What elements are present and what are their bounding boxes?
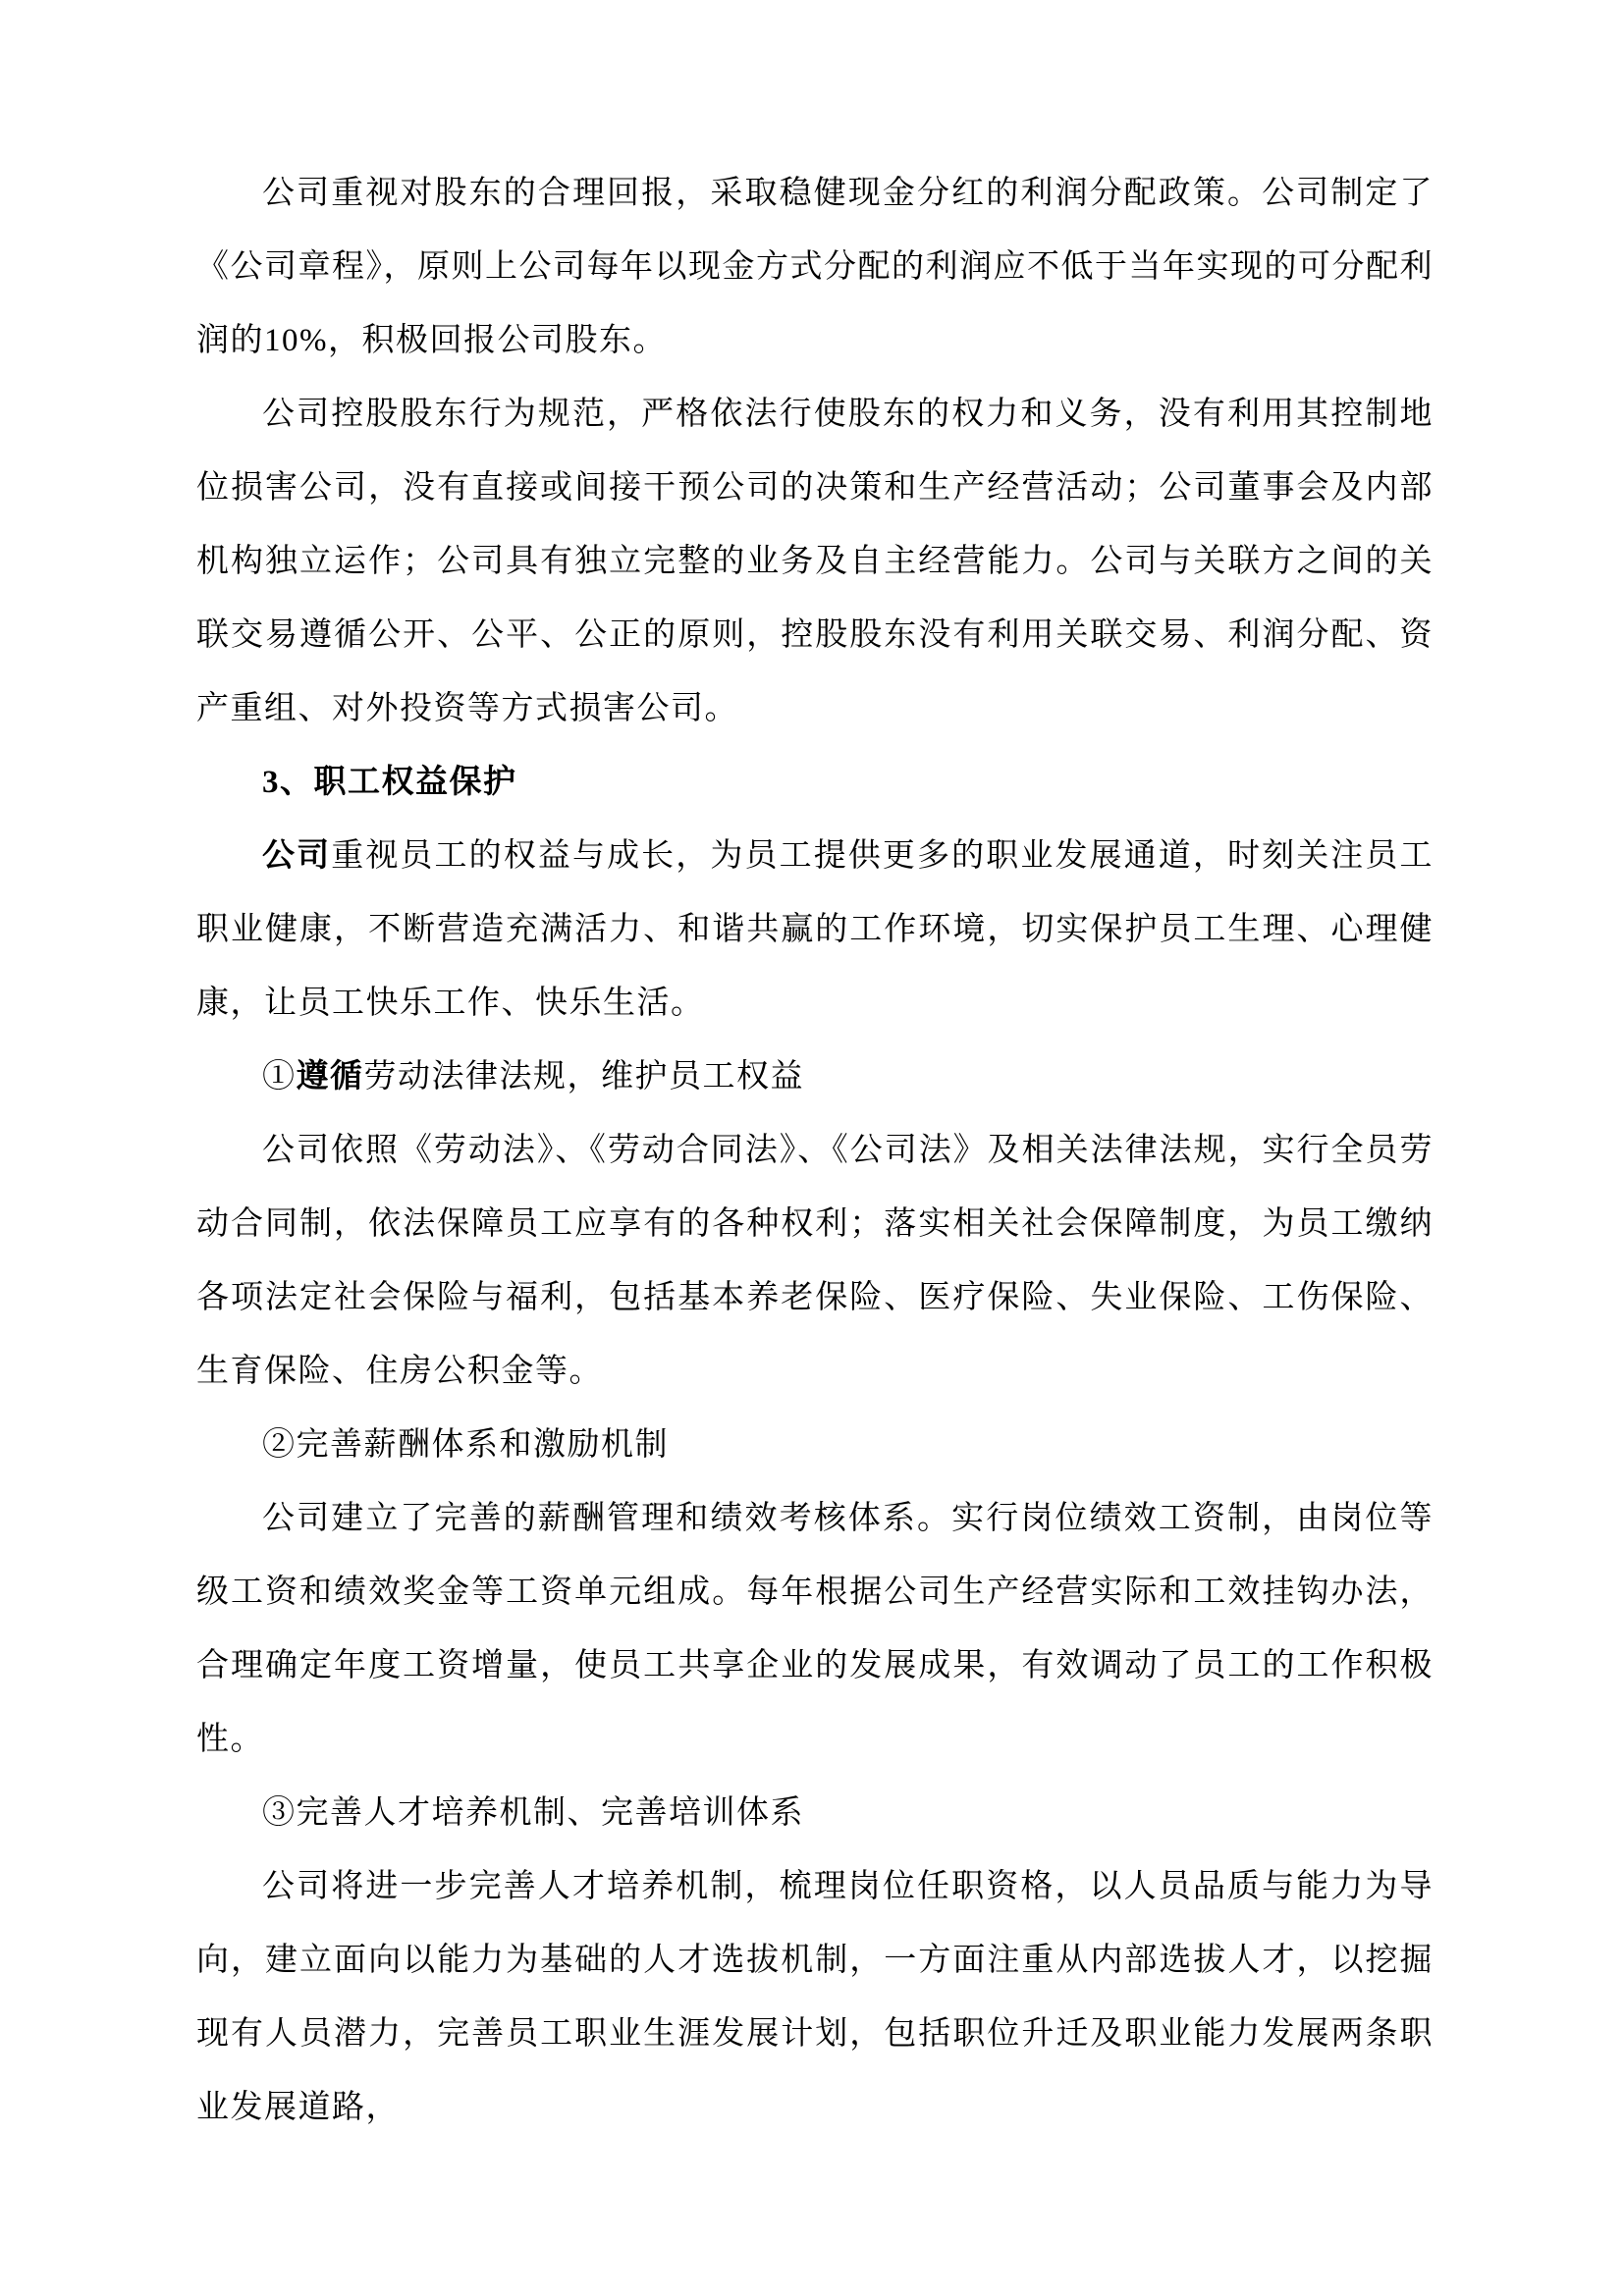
text-run: 重视员工的权益与成长，为员工提供更多的职业发展通道，时刻关注员工职业健康，不断营… (196, 838, 1434, 1021)
text-run: 公司将进一步完善人才培养机制，梳理岗位任职资格，以人员品质与能力为导向，建立面向… (196, 1869, 1434, 2125)
paragraph-talent-development: 公司将进一步完善人才培养机制，梳理岗位任职资格，以人员品质与能力为导向，建立面向… (196, 1850, 1434, 2145)
heading-text: 3、职工权益保护 (262, 765, 517, 800)
subheading-labor-law: ①遵循劳动法律法规，维护员工权益 (196, 1041, 1434, 1114)
text-run: ③完善人才培养机制、完善培训体系 (262, 1795, 804, 1831)
text-run: ②完善薪酬体系和激励机制 (262, 1427, 669, 1463)
paragraph-controlling-shareholder: 公司控股股东行为规范，严格依法行使股东的权力和义务，没有利用其控制地位损害公司，… (196, 378, 1434, 746)
text-run: 劳动法律法规，维护员工权益 (364, 1059, 805, 1095)
text-run: 公司建立了完善的薪酬管理和绩效考核体系。实行岗位绩效工资制，由岗位等级工资和绩效… (196, 1501, 1434, 1757)
paragraph-labor-contracts: 公司依照《劳动法》、《劳动合同法》、《公司法》及相关法律法规，实行全员劳动合同制… (196, 1114, 1434, 1409)
text-run: 公司控股股东行为规范，严格依法行使股东的权力和义务，没有利用其控制地位损害公司，… (196, 397, 1434, 726)
paragraph-employee-growth: 公司重视员工的权益与成长，为员工提供更多的职业发展通道，时刻关注员工职业健康，不… (196, 820, 1434, 1041)
text-run: 公司依照《劳动法》、《劳动合同法》、《公司法》及相关法律法规，实行全员劳动合同制… (196, 1133, 1434, 1389)
text-run: 公司重视对股东的合理回报，采取稳健现金分红的利润分配政策。公司制定了《公司章程》… (196, 176, 1434, 358)
subheading-compensation-system: ②完善薪酬体系和激励机制 (196, 1409, 1434, 1482)
paragraph-shareholder-return: 公司重视对股东的合理回报，采取稳健现金分红的利润分配政策。公司制定了《公司章程》… (196, 157, 1434, 378)
document-page: 公司重视对股东的合理回报，采取稳健现金分红的利润分配政策。公司制定了《公司章程》… (0, 0, 1624, 2296)
paragraph-salary-management: 公司建立了完善的薪酬管理和绩效考核体系。实行岗位绩效工资制，由岗位等级工资和绩效… (196, 1482, 1434, 1777)
circled-number-1: ① (262, 1059, 297, 1095)
section-heading-employee-rights: 3、职工权益保护 (196, 746, 1434, 820)
text-run-bold: 遵循 (297, 1059, 364, 1095)
text-run-bold: 公司 (262, 838, 331, 874)
subheading-talent-training: ③完善人才培养机制、完善培训体系 (196, 1777, 1434, 1850)
